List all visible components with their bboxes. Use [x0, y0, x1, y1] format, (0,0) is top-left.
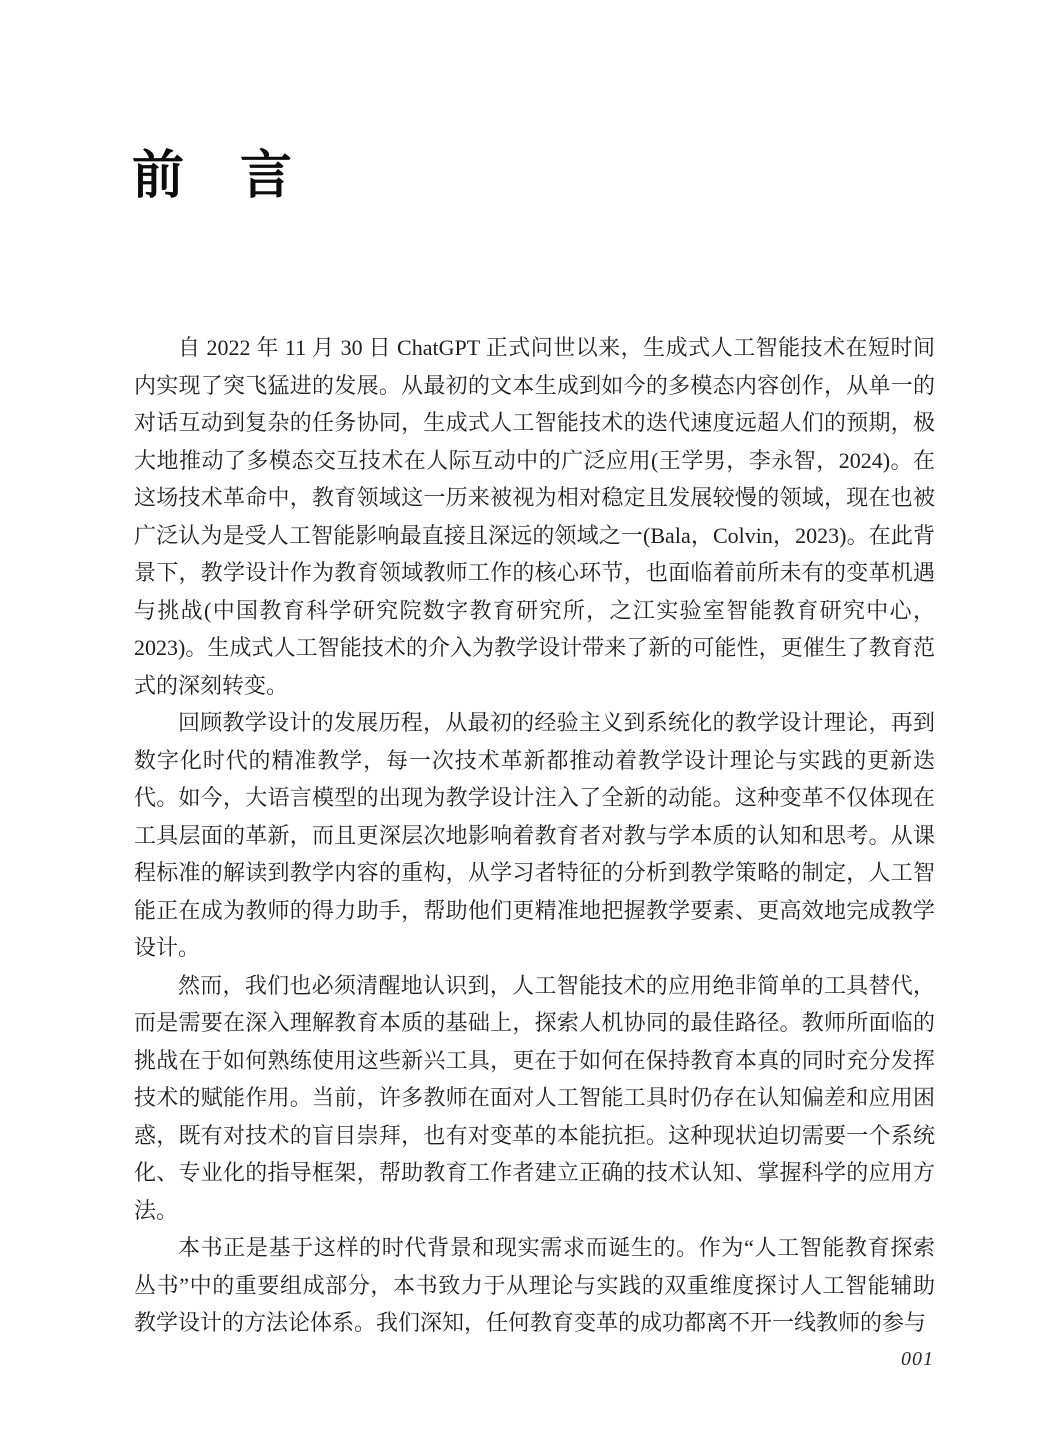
page-title: 前 言 [132, 146, 294, 206]
preface-paragraph-2: 回顾教学设计的发展历程，从最初的经验主义到系统化的教学设计理论，再到数字化时代的… [134, 704, 935, 967]
preface-paragraph-1: 自 2022 年 11 月 30 日 ChatGPT 正式问世以来，生成式人工智… [134, 329, 935, 704]
preface-paragraph-4: 本书正是基于这样的时代背景和现实需求而诞生的。作为“人工智能教育探索丛书”中的重… [134, 1229, 935, 1342]
page-number: 001 [901, 1348, 934, 1371]
preface-body: 自 2022 年 11 月 30 日 ChatGPT 正式问世以来，生成式人工智… [134, 329, 935, 1342]
preface-paragraph-3: 然而，我们也必须清醒地认识到，人工智能技术的应用绝非简单的工具替代，而是需要在深… [134, 967, 935, 1230]
document-page: 前 言 自 2022 年 11 月 30 日 ChatGPT 正式问世以来，生成… [0, 0, 1040, 1453]
